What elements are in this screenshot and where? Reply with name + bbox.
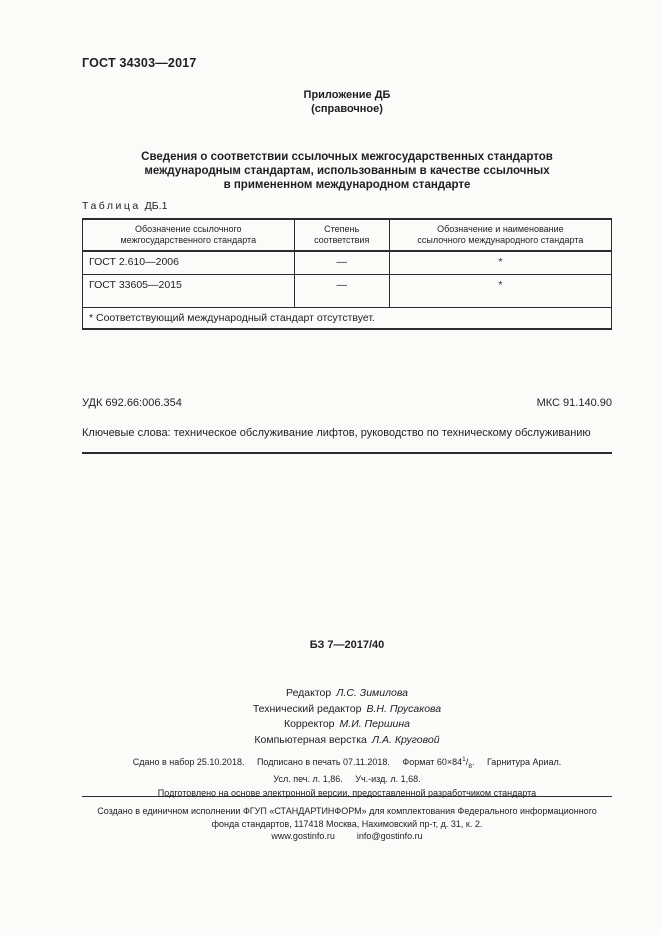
section-heading: Сведения о соответствии ссылочных межгос… [82, 150, 612, 192]
cell-degree: — [294, 275, 389, 308]
doc-number: ГОСТ 34303—2017 [82, 56, 197, 70]
udk-code: УДК 692.66:006.354 [82, 397, 182, 409]
credit-role: Редактор [286, 687, 331, 699]
table-label-number: ДБ.1 [145, 200, 168, 212]
column-header-degree: Степень соответствия [294, 219, 389, 251]
imprint-text: . Гарнитура Ариал. [472, 757, 561, 767]
imprint-line-3: Подготовлено на основе электронной верси… [82, 787, 612, 801]
table-footnote-row: * Соответствующий международный стандарт… [83, 308, 612, 330]
bz-code: БЗ 7—2017/40 [82, 639, 612, 651]
cell-international: * [389, 275, 611, 308]
credit-line: КорректорМ.И. Першина [82, 717, 612, 733]
publisher-address: Создано в единичном исполнении ФГУП «СТА… [82, 805, 612, 831]
credit-name: М.И. Першина [340, 718, 410, 730]
divider-rule [82, 796, 612, 797]
cell-standard: ГОСТ 2.610—2006 [83, 251, 295, 275]
document-page: ГОСТ 34303—2017 Приложение ДБ (справочно… [0, 0, 661, 935]
keywords-line: Ключевые слова: техническое обслуживание… [82, 427, 612, 439]
credit-role: Компьютерная верстка [254, 734, 366, 746]
cell-international: * [389, 251, 611, 275]
table-row: ГОСТ 2.610—2006 — * [83, 251, 612, 275]
publisher-links: www.gostinfo.ru info@gostinfo.ru [82, 831, 612, 841]
imprint-line-1: Сдано в набор 25.10.2018. Подписано в пе… [82, 753, 612, 773]
credit-line: Технический редакторВ.Н. Прусакова [82, 702, 612, 718]
credit-role: Корректор [284, 718, 335, 730]
cell-standard: ГОСТ 33605—2015 [83, 275, 295, 308]
credit-line: Компьютерная версткаЛ.А. Круговой [82, 733, 612, 749]
standards-table-container: Обозначение ссылочного межгосударственно… [82, 218, 612, 330]
credits-block: РедакторЛ.С. Зимилова Технический редакт… [82, 686, 612, 748]
classification-row: УДК 692.66:006.354 МКС 91.140.90 [82, 397, 612, 409]
cell-degree: — [294, 251, 389, 275]
credit-line: РедакторЛ.С. Зимилова [82, 686, 612, 702]
imprint-line-2: Усл. печ. л. 1,86. Уч.-изд. л. 1,68. [82, 773, 612, 787]
publisher-website: www.gostinfo.ru [271, 831, 335, 841]
credit-name: Л.А. Круговой [372, 734, 440, 746]
mks-code: МКС 91.140.90 [537, 397, 612, 409]
annex-title: Приложение ДБ (справочное) [82, 88, 612, 116]
publisher-email: info@gostinfo.ru [357, 831, 423, 841]
credit-role: Технический редактор [253, 703, 362, 715]
column-header-international: Обозначение и наименование ссылочного ме… [389, 219, 611, 251]
table-footnote: * Соответствующий международный стандарт… [83, 308, 612, 330]
imprint-block: Сдано в набор 25.10.2018. Подписано в пе… [82, 753, 612, 800]
table-row: ГОСТ 33605—2015 — * [83, 275, 612, 308]
credit-name: Л.С. Зимилова [336, 687, 408, 699]
column-header-standard: Обозначение ссылочного межгосударственно… [83, 219, 295, 251]
divider-rule [82, 452, 612, 454]
standards-table: Обозначение ссылочного межгосударственно… [82, 218, 612, 330]
table-header-row: Обозначение ссылочного межгосударственно… [83, 219, 612, 251]
table-label-word: Таблица [82, 200, 141, 212]
table-label: ТаблицаДБ.1 [82, 200, 612, 212]
imprint-text: Сдано в набор 25.10.2018. Подписано в пе… [133, 757, 462, 767]
credit-name: В.Н. Прусакова [366, 703, 441, 715]
